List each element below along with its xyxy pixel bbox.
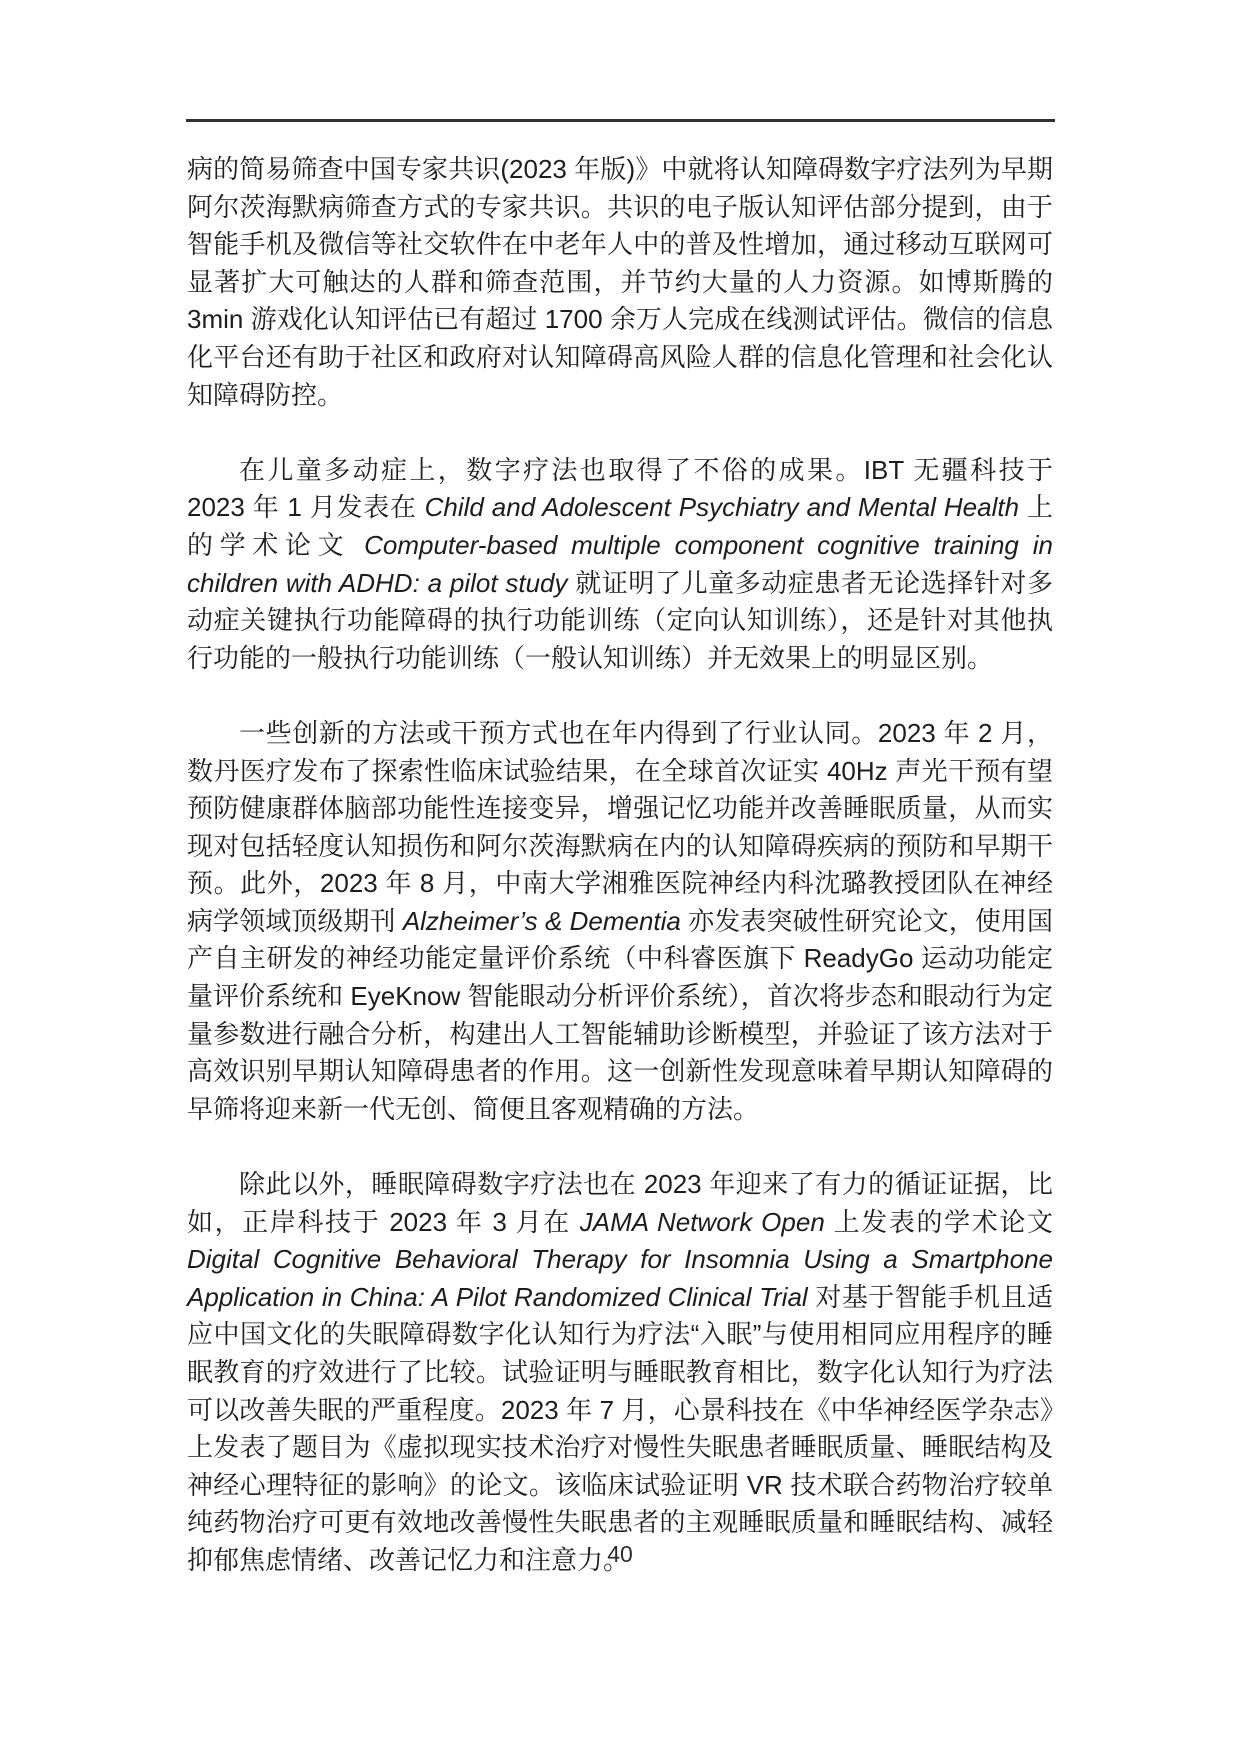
text-run: 上发表的学术论文 (825, 1207, 1053, 1237)
journal-title-run: JAMA Network Open (580, 1207, 825, 1237)
text-run: 病的简易筛查中国专家共识(2023 年版)》中就将认知障碍数字疗法列为早期阿尔茨… (187, 154, 1053, 410)
paragraph-2: 在儿童多动症上，数字疗法也取得了不俗的成果。IBT 无疆科技于 2023 年 1… (187, 452, 1053, 678)
paragraph-4: 除此以外，睡眠障碍数字疗法也在 2023 年迎来了有力的循证证据，比如，正岸科技… (187, 1166, 1053, 1580)
paragraph-3: 一些创新的方法或干预方式也在年内得到了行业认同。2023 年 2 月，数丹医疗发… (187, 715, 1053, 1129)
header-rule (186, 119, 1055, 122)
journal-title-run: Child and Adolescent Psychiatry and Ment… (425, 492, 1019, 522)
page-number: 40 (607, 1541, 633, 1567)
text-run: 亦发表突破性研究论文，使用国产自主研发的神经功能定量评价系统（中科睿医旗下 Re… (187, 906, 1053, 1124)
text-run: 一些创新的方法或干预方式也在年内得到了行业认同。2023 年 2 月，数丹医疗发… (187, 718, 1053, 936)
paragraph-1: 病的简易筛查中国专家共识(2023 年版)》中就将认知障碍数字疗法列为早期阿尔茨… (187, 151, 1053, 414)
text-run: 对基于智能手机且适应中国文化的失眠障碍数字化认知行为疗法“入眠”与使用相同应用程… (187, 1282, 1053, 1575)
document-body: 病的简易筛查中国专家共识(2023 年版)》中就将认知障碍数字疗法列为早期阿尔茨… (187, 151, 1053, 1580)
page-footer: 40 (0, 1541, 1240, 1568)
document-page: 病的简易筛查中国专家共识(2023 年版)》中就将认知障碍数字疗法列为早期阿尔茨… (0, 0, 1240, 1754)
journal-title-run: Alzheimer’s & Dementia (403, 906, 681, 936)
